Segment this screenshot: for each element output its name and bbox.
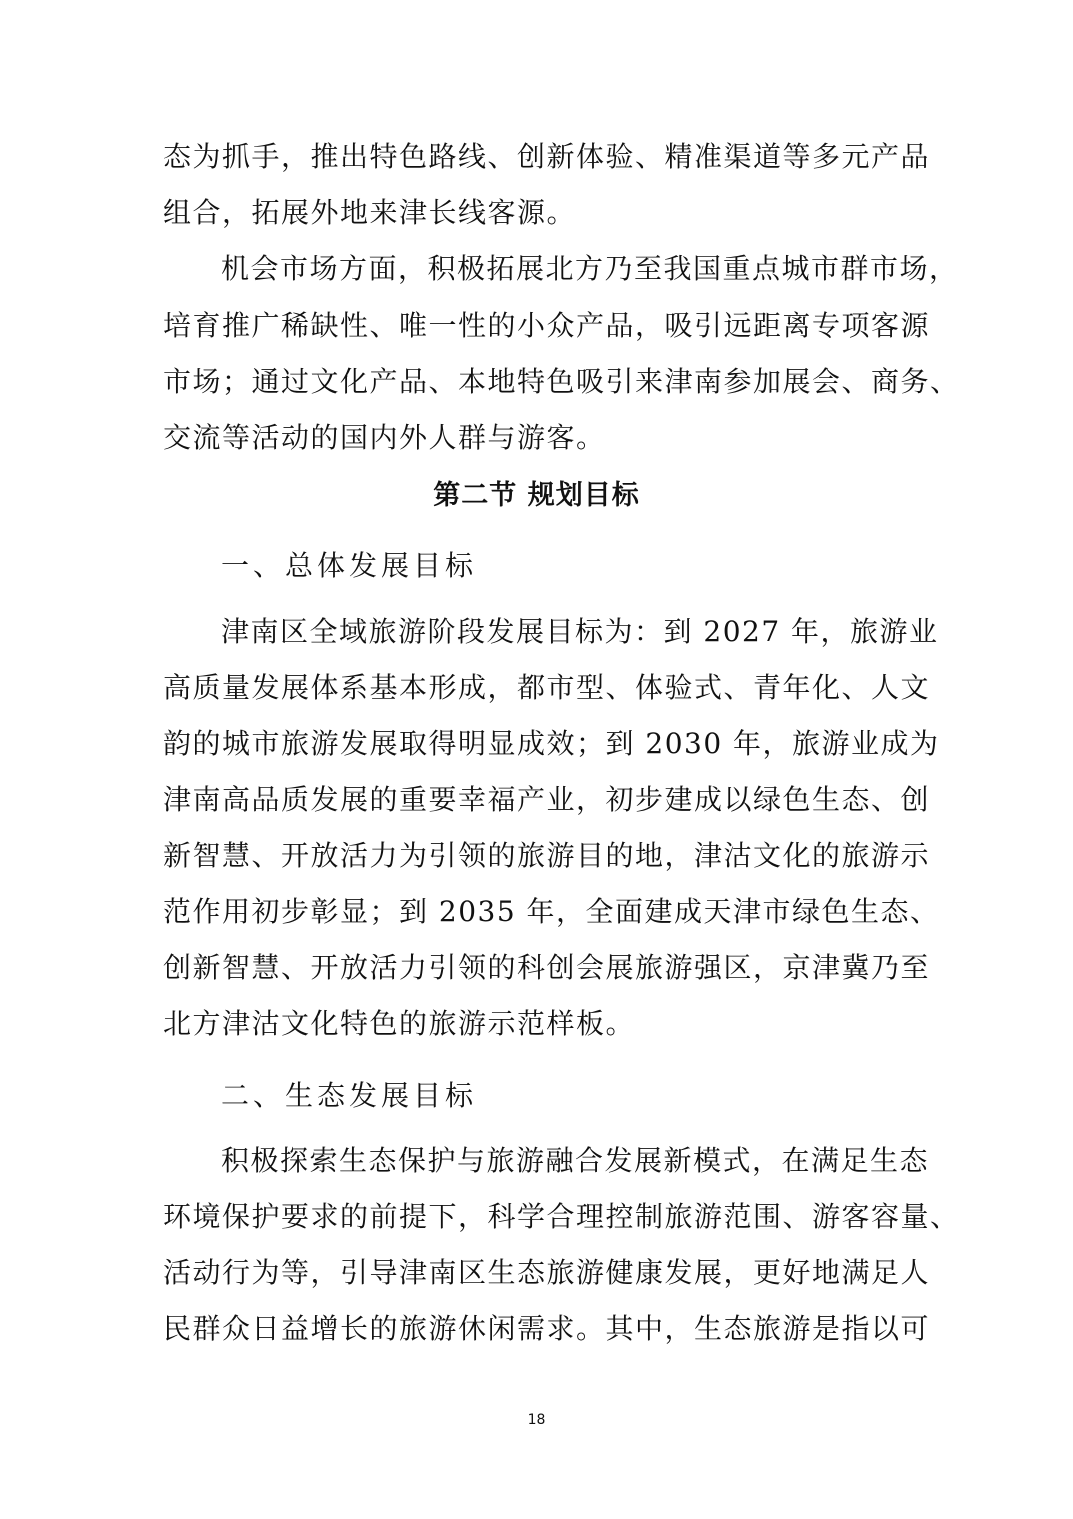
text-line: 培育推广稀缺性、唯一性的小众产品，吸引远距离专项客源 [163,308,913,344]
text-line: 高质量发展体系基本形成，都市型、体验式、青年化、人文 [163,670,913,706]
subsection-heading-overall-goals: 一、总体发展目标 [221,548,477,584]
text-line: 环境保护要求的前提下，科学合理控制旅游范围、游客容量、 [163,1199,913,1235]
section-title: 第二节 规划目标 [0,478,1073,514]
text-line: 民群众日益增长的旅游休闲需求。其中，生态旅游是指以可 [163,1311,913,1347]
page-number: 18 [0,1410,1073,1430]
text-line: 组合，拓展外地来津长线客源。 [163,195,913,231]
text-line: 创新智慧、开放活力引领的科创会展旅游强区，京津冀乃至 [163,950,913,986]
text-line: 北方津沽文化特色的旅游示范样板。 [163,1006,913,1042]
subsection-heading-ecological-goals: 二、生态发展目标 [221,1078,477,1114]
text-line: 交流等活动的国内外人群与游客。 [163,420,913,456]
document-page: 态为抓手，推出特色路线、创新体验、精准渠道等多元产品 组合，拓展外地来津长线客源… [0,0,1073,1519]
text-line: 活动行为等，引导津南区生态旅游健康发展，更好地满足人 [163,1255,913,1291]
text-line: 积极探索生态保护与旅游融合发展新模式，在满足生态 [221,1143,913,1179]
text-line: 韵的城市旅游发展取得明显成效；到 2030 年，旅游业成为 [163,726,913,762]
text-line: 态为抓手，推出特色路线、创新体验、精准渠道等多元产品 [163,139,913,175]
text-line: 津南区全域旅游阶段发展目标为：到 2027 年，旅游业 [221,614,913,650]
text-line: 范作用初步彰显；到 2035 年，全面建成天津市绿色生态、 [163,894,913,930]
text-line: 新智慧、开放活力为引领的旅游目的地，津沽文化的旅游示 [163,838,913,874]
text-line: 机会市场方面，积极拓展北方乃至我国重点城市群市场， [221,251,913,287]
text-line: 市场；通过文化产品、本地特色吸引来津南参加展会、商务、 [163,364,913,400]
text-line: 津南高品质发展的重要幸福产业，初步建成以绿色生态、创 [163,782,913,818]
